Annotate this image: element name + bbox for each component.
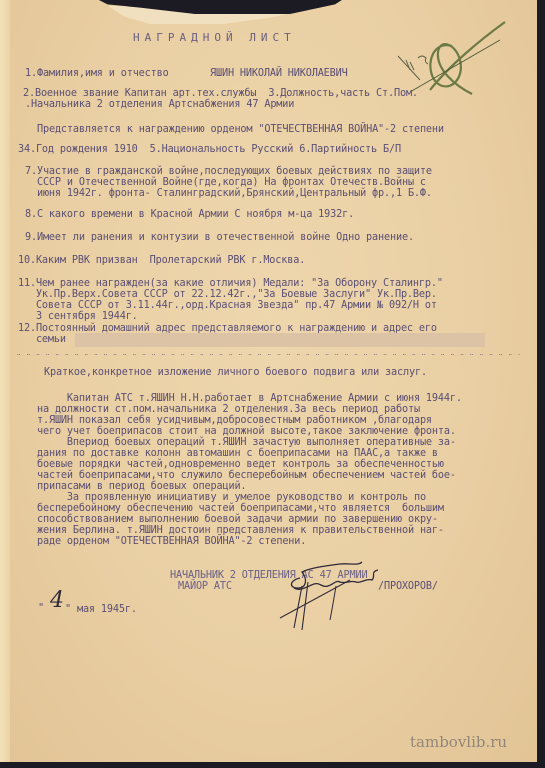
field-prior-awards-2: Ук.Пр.Верх.Совета СССР от 22.12.42г.,"За… bbox=[18, 289, 437, 300]
field-service-since: 8.С какого времени в Красной Армии С ноя… bbox=[25, 209, 354, 220]
field-full-name-value: ЯШИН НИКОЛАЙ НИКОЛАЕВИЧ bbox=[210, 68, 348, 79]
award-nomination: Представляется к награждению орденом "ОТ… bbox=[37, 124, 444, 135]
summary-line: частей боеприпасами,что служило беспереб… bbox=[37, 470, 456, 481]
summary-line: чего учет боеприпасов стоит на должной в… bbox=[37, 426, 456, 437]
field-war-participation-2: СССР и Отечественной Войне(где,когда) На… bbox=[25, 177, 426, 188]
field-draft-office: 10.Каким РВК призван Пролетарский РВК г.… bbox=[18, 255, 305, 266]
field-rank-position: 2.Военное звание Капитан арт.тех.службы … bbox=[23, 88, 418, 99]
redacted-address-block bbox=[75, 333, 485, 347]
watermark: tambovlib.ru bbox=[410, 733, 507, 751]
summary-line: на должности ст.пом.начальника 2 отделен… bbox=[37, 404, 420, 415]
date-day-handwritten: 4 bbox=[50, 588, 64, 613]
pencil-check-mark-icon bbox=[390, 10, 530, 100]
summary-line: боевые порядки частей,одновременно ведет… bbox=[37, 459, 444, 470]
field-unit: .Начальника 2 отделения Артснабжения 47 … bbox=[25, 99, 294, 110]
field-prior-awards-1: 11.Чем ранее награжден(за какие отличия)… bbox=[18, 278, 443, 289]
summary-line: бесперебойному обеспечению частей боепри… bbox=[37, 503, 444, 514]
summary-line: жения Берлина. т.ЯШИН достоин представле… bbox=[37, 525, 444, 536]
summary-line: За проявленную инициативу и умелое руков… bbox=[37, 492, 426, 503]
summary-line: раде орденом "ОТЕЧЕСТВЕННАЯ ВОЙНА"-2 сте… bbox=[37, 536, 306, 547]
separator-line: " " " " " " " " " " " " " " " " " " " " … bbox=[16, 354, 520, 360]
page-fold bbox=[0, 0, 10, 762]
summary-line: дания по доставке колонн автомашин с бое… bbox=[37, 448, 438, 459]
document-title: НАГРАДНОЙ ЛИСТ bbox=[133, 32, 296, 43]
field-prior-awards-3: Совета СССР от 3.11.44г.,орд.Красная Зве… bbox=[18, 300, 437, 311]
date-month-year: " мая 1945г. bbox=[65, 604, 137, 615]
signatory-rank: МАЙОР АТС bbox=[178, 581, 232, 592]
summary-line: способствованием выполнению боевой задач… bbox=[37, 514, 438, 525]
summary-heading: Краткое,конкретное изложение личного бое… bbox=[44, 367, 427, 378]
field-war-participation-3: июня 1942г. фронта- Сталинградский,Брянс… bbox=[25, 188, 432, 199]
field-full-name-label: 1.Фамилия,имя и отчество bbox=[25, 68, 169, 79]
summary-line: Капитан АТС т.ЯШИН Н.Н.работает в Артсна… bbox=[37, 393, 462, 404]
field-war-participation-1: 7.Участие в гражданской войне,последующи… bbox=[25, 166, 432, 177]
summary-line: припасами в период боевых операций. bbox=[37, 481, 246, 492]
summary-line: Впериод боевых операций т.ЯШИН зачастую … bbox=[37, 437, 456, 448]
award-sheet-page: НАГРАДНОЙ ЛИСТ 1.Фамилия,имя и отчество … bbox=[0, 0, 537, 762]
summary-line: т.ЯШИН показал себя усидчивым,добросовес… bbox=[37, 415, 432, 426]
field-home-address-2: семьи bbox=[18, 334, 66, 345]
field-wounds: 9.Имеет ли ранения и контузии в отечеств… bbox=[25, 232, 414, 243]
handwritten-signature-icon bbox=[280, 558, 400, 633]
date-open-quote: " bbox=[38, 603, 44, 614]
field-prior-awards-4: 3 сентября 1944г. bbox=[18, 311, 138, 322]
field-birth-nationality-party: 34.Год рождения 1910 5.Национальность Ру… bbox=[18, 144, 401, 155]
